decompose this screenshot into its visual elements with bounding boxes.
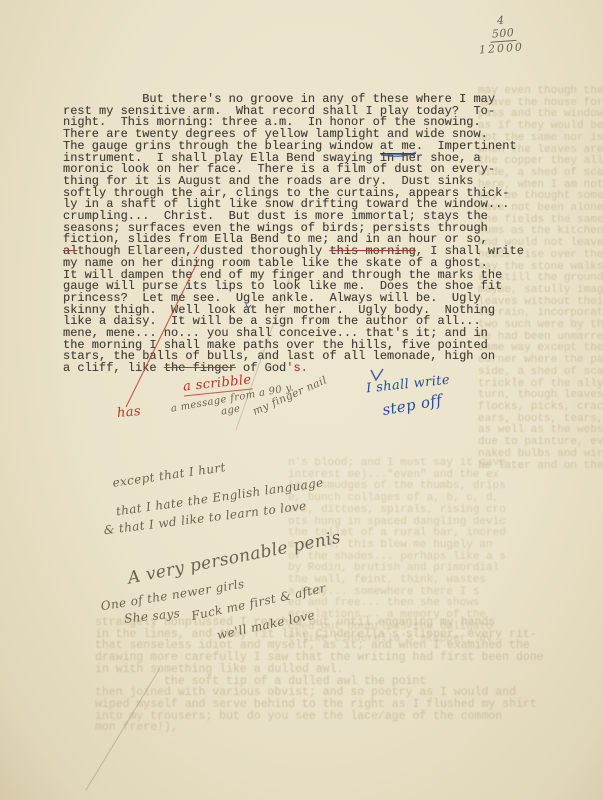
pencil-note-fingernail: my finger nail <box>251 374 329 417</box>
count-line-2: 500 <box>490 26 517 43</box>
typed-line: a cliff, like the finger of God's. <box>63 363 524 375</box>
pencil-note-except-hurt: except that I hurt <box>112 460 227 490</box>
bleed-through-text-inner: n's blood; and I must say it gaveinteres… <box>288 458 506 657</box>
pencil-note-fuck-first: Fuck me first & after <box>190 581 327 623</box>
count-line-1: 4 <box>497 12 523 27</box>
pencil-word-count-note: 4 500 12000 <box>477 12 525 56</box>
pencil-note-age: age <box>220 403 241 417</box>
manuscript-page: may even though theleave the house forpa… <box>0 0 603 800</box>
pencil-note-make-love: we'll make love <box>216 608 317 642</box>
pencil-note-she-says: She says <box>123 606 180 626</box>
pencil-note-message: a message from a 90 y. <box>170 382 295 415</box>
blue-note-step-off: step off <box>381 391 444 419</box>
pencil-note-newer-girls: One of the newer girls <box>100 577 246 614</box>
pencil-note-personable: A very personable penis <box>126 528 342 589</box>
typed-text-block: But there's no groove in any of these wh… <box>63 94 524 375</box>
pencil-note-hate-english: that I hate the English language <box>115 475 324 518</box>
pencil-note-learn-love: & that I wd like to learn to love <box>103 499 307 538</box>
red-insertion-has: has <box>116 404 141 421</box>
blue-note-i-shall-write: I shall write <box>365 373 450 397</box>
red-note-a-scribble: a scribble <box>182 372 252 396</box>
count-line-3: 12000 <box>479 40 525 56</box>
paper-crease-lower <box>86 668 160 790</box>
bleed-through-text-middle: strangely nonplussed I reached out until… <box>95 617 544 734</box>
